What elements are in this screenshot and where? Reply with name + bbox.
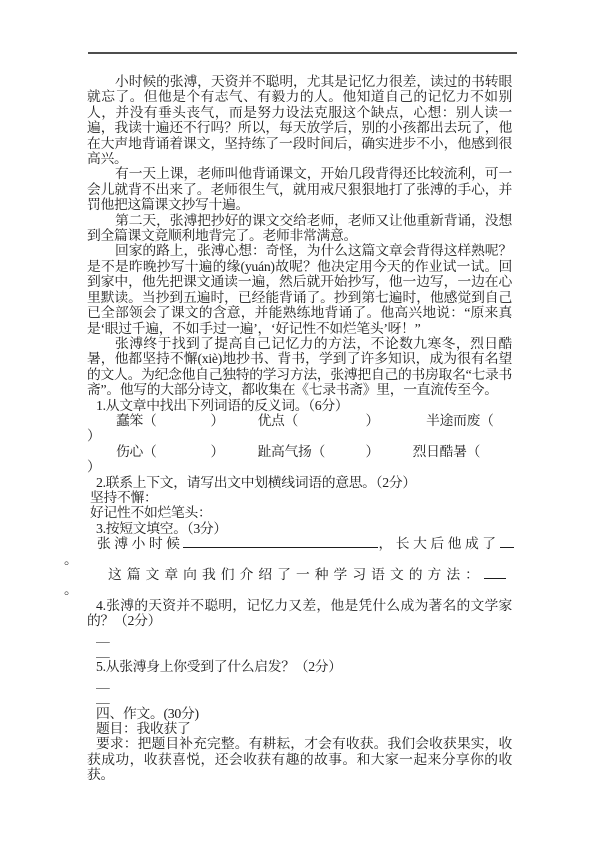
fill-1-prefix: 张溥小时候 bbox=[97, 536, 183, 551]
antonym-row-1-close: ） bbox=[87, 428, 512, 443]
passage-paragraph-4: 回家的路上，张溥心想：奇怪，为什么这篇文章会背得这样熟呢？是不是昨晚抄写十遍的缘… bbox=[87, 243, 512, 335]
essay-section-title: 四、作文。(30分) bbox=[87, 706, 512, 721]
passage-paragraph-5: 张溥终于找到了提高自己记忆力的方法，不论数九寒冬，烈日酷暑，他都坚持不懈(xiè… bbox=[87, 336, 512, 398]
passage-paragraph-2: 有一天上课，老师叫他背诵课文，开始几段背得还比较流利，可一会儿就背不出来了。老师… bbox=[87, 166, 512, 212]
fill-2-period: 。 bbox=[87, 582, 512, 597]
answer-blank-dash: ＿ bbox=[87, 675, 512, 690]
question-4-title: 4.张溥的天资并不聪明，记忆力又差，他是凭什么成为著名的文学家的？（2分） bbox=[87, 598, 512, 629]
fill-1-period: 。 bbox=[87, 552, 512, 567]
header-rule bbox=[88, 52, 517, 54]
essay-topic: 题目：我收获了 bbox=[87, 721, 512, 736]
fill-2-blank-line bbox=[484, 567, 506, 579]
document-page: 小时候的张溥，天资并不聪明，尤其是记忆力很差，读过的书转眼就忘了。但他是个有志气… bbox=[0, 0, 596, 842]
fill-2-text: 这篇文章向我们介绍了一种学习语文的方法： bbox=[108, 567, 484, 582]
question-5-title: 5.从张溥身上你受到了什么启发？（2分） bbox=[87, 659, 512, 674]
answer-blank-dash: ＿ bbox=[87, 629, 512, 644]
fill-1-end-blank bbox=[500, 536, 514, 548]
passage-paragraph-3: 第二天，张溥把抄好的课文交给老师，老师又让他重新背诵，没想到全篇课文竟顺利地背完… bbox=[87, 213, 512, 244]
antonym-row-2-close: ） bbox=[87, 459, 512, 474]
antonym-row-1: 蠢笨（ ） 优点（ ） 半途而废（ bbox=[87, 413, 512, 428]
question-1-title: 1.从文章中找出下列词语的反义词。（6分） bbox=[87, 398, 512, 413]
fill-1-blank-line bbox=[183, 536, 378, 548]
fill-1-mid: ，长大后他成了 bbox=[378, 536, 499, 551]
passage-paragraph-1: 小时候的张溥，天资并不聪明，尤其是记忆力很差，读过的书转眼就忘了。但他是个有志气… bbox=[87, 74, 512, 166]
antonym-row-2: 伤心（ ） 趾高气扬（ ） 烈日酷暑（ bbox=[87, 444, 512, 459]
answer-blank-dash: ＿ bbox=[87, 690, 512, 705]
document-content: 小时候的张溥，天资并不聪明，尤其是记忆力很差，读过的书转眼就忘了。但他是个有志气… bbox=[87, 74, 512, 783]
question-3-fill-line-1: 张溥小时候，长大后他成了 bbox=[87, 536, 512, 551]
essay-requirements: 要求：把题目补充完整。有耕耘，才会有收获。我们会收获果实，收获成功，收获喜悦，还… bbox=[87, 736, 512, 782]
question-2-title: 2.联系上下文，请写出文中划横线词语的意思。（2分） bbox=[87, 475, 512, 490]
question-2-item-2: 好记性不如烂笔头： bbox=[87, 505, 512, 520]
answer-blank-dash: ＿ bbox=[87, 644, 512, 659]
question-3-title: 3.按短文填空。（3分） bbox=[87, 521, 512, 536]
question-3-fill-line-2: 这篇文章向我们介绍了一种学习语文的方法： bbox=[87, 567, 512, 582]
question-2-item-1: 坚持不懈： bbox=[87, 490, 512, 505]
